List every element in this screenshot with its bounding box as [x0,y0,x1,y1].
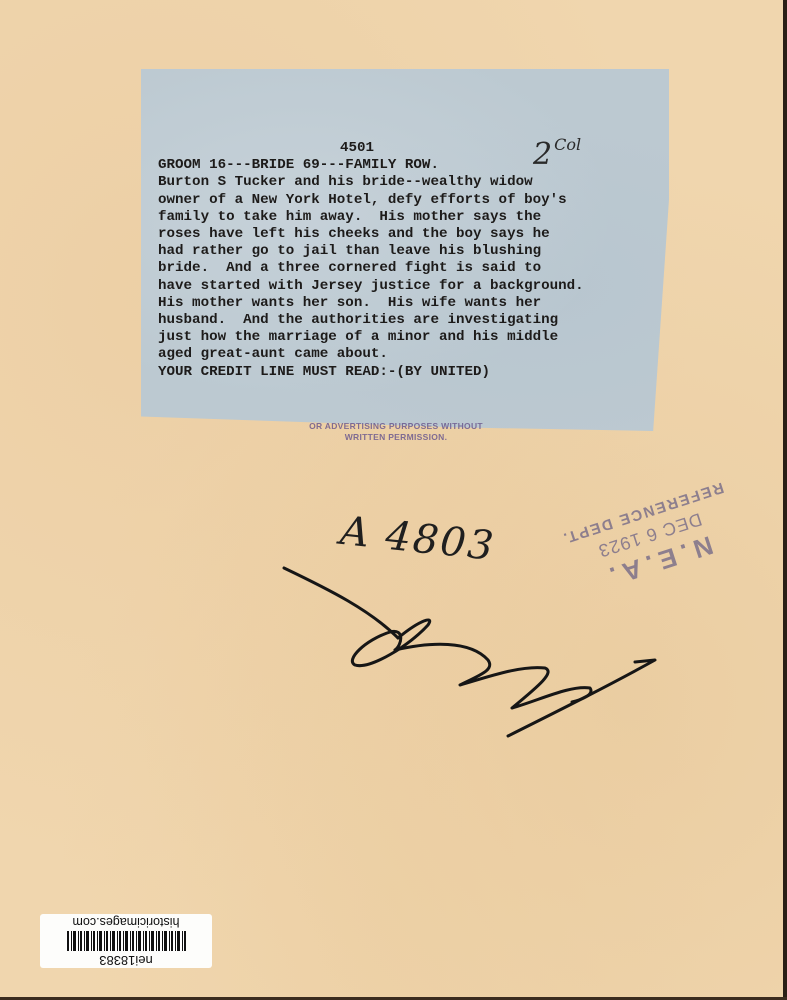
advertising-notice-stamp: OR ADVERTISING PURPOSES WITHOUT WRITTEN … [286,421,506,443]
barcode-label: nei18383 historicimages.com [40,914,212,968]
advertising-notice-line1: OR ADVERTISING PURPOSES WITHOUT [286,421,506,432]
typed-caption: 4501GROOM 16---BRIDE 69---FAMILY ROW. Bu… [158,140,678,381]
photo-edge-shadow [783,0,787,1000]
caption-line: family to take him away. His mother says… [158,209,541,225]
barcode-code: nei18383 [40,953,212,968]
caption-headline: GROOM 16---BRIDE 69---FAMILY ROW. [158,157,439,173]
advertising-notice-line2: WRITTEN PERMISSION. [286,432,506,443]
barcode-site: historicimages.com [40,915,212,929]
column-count: 2 [533,137,552,172]
barcode-icon [66,931,186,951]
caption-line: had rather go to jail than leave his blu… [158,243,541,259]
caption-line: Burton S Tucker and his bride--wealthy w… [158,174,533,190]
caption-line: owner of a New York Hotel, defy efforts … [158,192,567,208]
column-suffix: Col [554,135,581,154]
caption-line: aged great-aunt came about. [158,346,388,362]
credit-line: YOUR CREDIT LINE MUST READ:-(BY UNITED) [158,364,490,380]
caption-line: roses have left his cheeks and the boy s… [158,226,550,242]
caption-number: 4501 [158,140,678,157]
handwritten-column-note: 2Col [533,137,579,172]
caption-line: husband. And the authorities are investi… [158,312,558,328]
caption-line: just how the marriage of a minor and his… [158,329,558,345]
caption-line: His mother wants her son. His wife wants… [158,295,541,311]
pencil-signature-icon [270,560,670,750]
caption-line: bride. And a three cornered fight is sai… [158,260,541,276]
caption-line: have started with Jersey justice for a b… [158,278,584,294]
